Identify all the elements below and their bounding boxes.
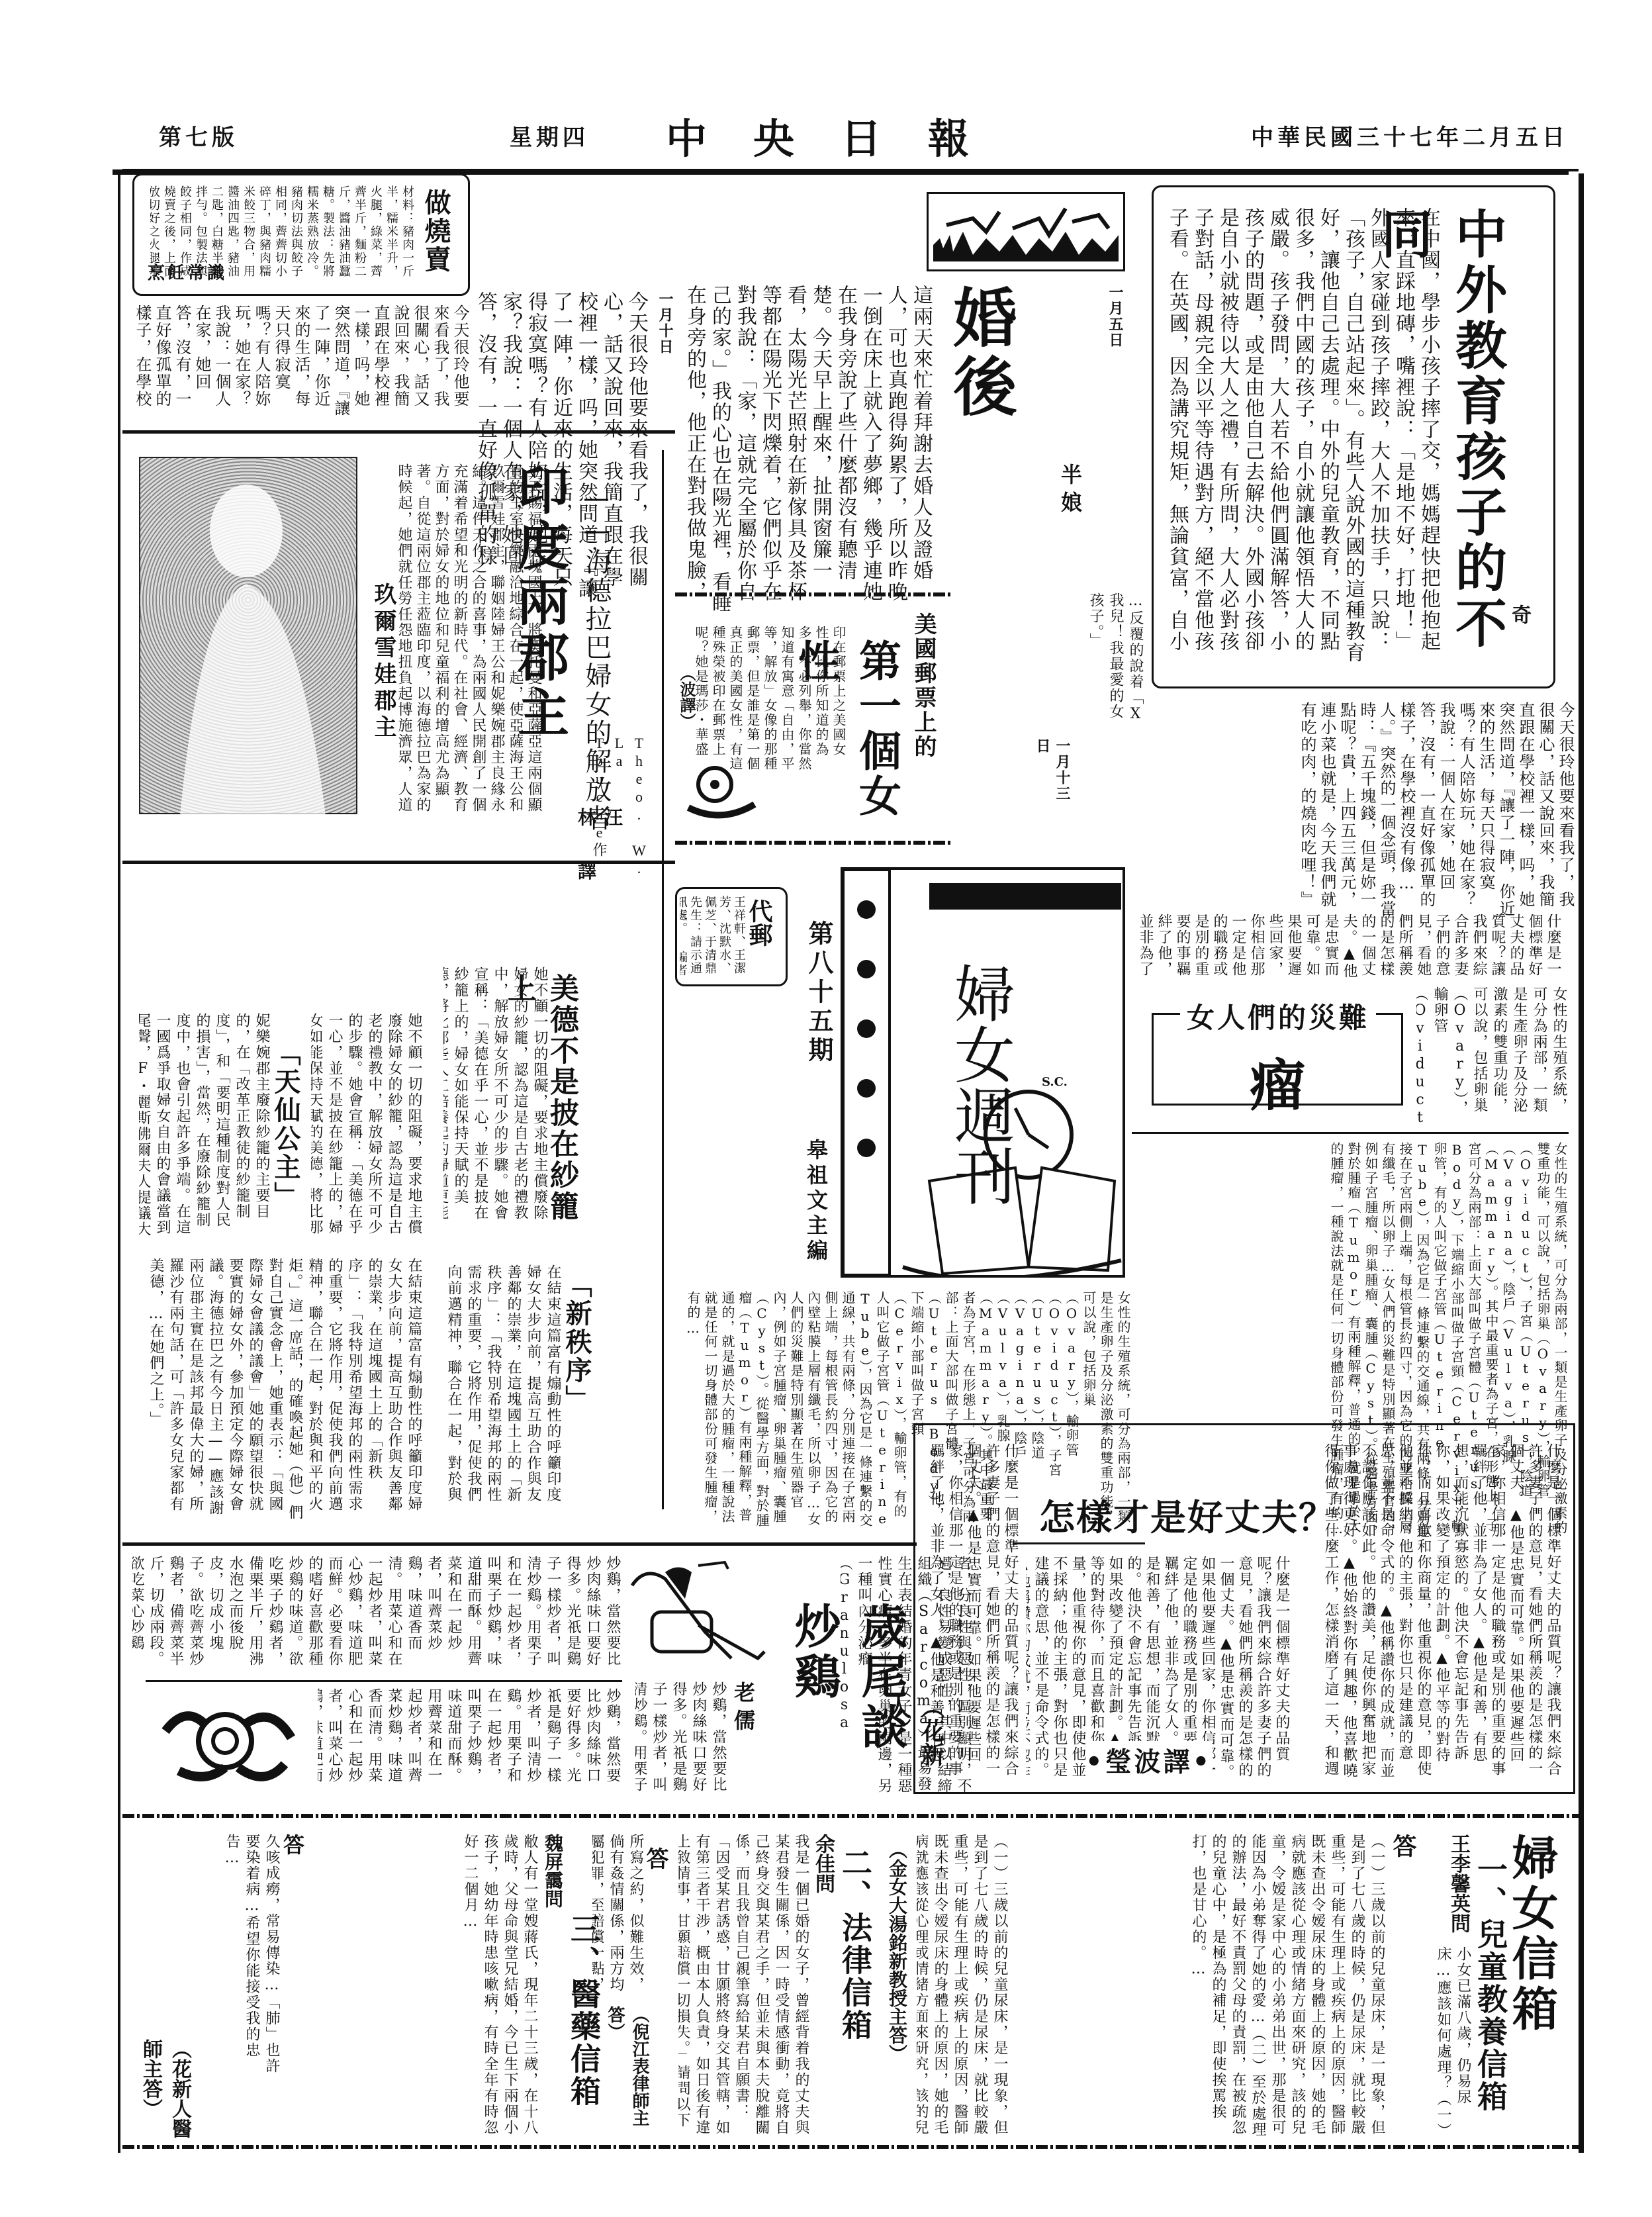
fried-chicken-author: 老儒 [728,1681,758,1737]
cooking-column-label: 烹飪常識 [148,259,227,284]
mailbox-section-child-question: 小女已滿八歲，仍易尿床…應該如何處理？（一）是什麼原因？（二）應該如何處理？ [1433,1946,1473,2138]
article-fried-chicken: 歲尾談炒鷄 老儒 炒鷄，當然要比炒肉絲味口要好得多。光祇是鷄子一樣炒者，叫清炒鷄… [119,1549,913,1801]
photo-caption: 玖爾雪娃郡主 [367,583,400,741]
after-wedding-date: 一月五日 [1105,285,1125,404]
mailbox-section-medical-answer-label: 答 [277,1834,308,1855]
notice-text: 王祥軒、王潔芳、沈默水、佩芝、于清鼎先生：請示通訊處。 編者 [680,896,746,982]
article-us-stamp: 美國郵票上的 第一個女性 印在郵票上之美國女性，比你所知道的為多，不必列舉，你當… [675,592,953,857]
virtue-body: 她不顧一切的阻礙，要求地主償廢除婦女的紗籠，認為這是自古老的禮教中，解放婦女所不… [443,967,549,1231]
article-new-order: 「新秩序」 在結束這篇富有煽動性的呼籲印度婦女大步向前，提高互助合作與友善鄰的崇… [437,1258,668,1523]
diary-tail-text: …反覆的說着「X我兒！我最愛的女孩子。」 [960,592,1145,725]
section-rule [146,1680,622,1682]
womens-weekly-title: 婦女週刊 [936,963,1023,1206]
masthead: 第七版 星期四 中央日報 中華民國三十七年二月五日 [113,106,1569,172]
mailbox-section-medical-heading: 三、醫藥信箱 [562,1913,606,2108]
after-wedding-title: 婚後 [935,285,1026,422]
byline-translator: 汪林 譯 [573,808,625,887]
birds-illustration [927,192,1125,271]
good-husband-title: 怎樣才是好丈夫？ [1039,1489,1336,1540]
issue-date: 中華民國三十七年二月五日 [1251,119,1569,152]
reclining-woman-illustration [622,1556,774,1675]
mailbox-section-medical-asker: 魏屏靄問 [539,1834,566,1908]
flying-birds-icon [933,199,1119,265]
mailbox-section-medical-question: 敝人有一堂嫂蔣氏，現年二十三歲，在十八歲時，父母命與堂兄結婚，今已生下兩個小孩子… [314,1834,539,2138]
section-rule [122,1542,917,1546]
tumor-headline-box: 女人們的災難 瘤 [1152,1013,1403,1106]
translator-name: 汪林 [575,808,623,833]
mailbox-bottom-rule [122,2145,1579,2149]
mailbox-section-law-heading: 二、法律信箱 [833,1847,877,2042]
fried-chicken-body: 炒鷄，當然要比炒肉絲味口要好得多。光祇是鷄子一樣炒者，叫清炒鷄。用栗子和在一起炒… [132,1556,622,1675]
article-princesses: 玖爾雪娃郡主 印度兩郡主 ——海德拉巴婦女的解放者 Theo. W. La To… [132,450,675,887]
article-after-wedding: 婚後 半娘 這兩天來忙着拜謝去婚人及證婚人，可也真跑得夠累了，所以昨晚一倒在床上… [675,185,1138,636]
mailbox-section-law-asker: 余佳問 [808,1834,837,1893]
diary-tail: …反覆的說着「X我兒！我最愛的女孩子。」 一月十三日 [953,592,1152,811]
fairy-princess-body: 妮樂婉郡主廢除紗籠的主要目的，在「改革正教徒的紗籠制度」，和「要明這種制度對人民… [139,1013,271,1238]
tumor-title: 瘤 [1154,1041,1401,1121]
rocking-toy-icon [685,761,758,821]
notice-title: 代郵 [742,899,776,947]
portrait-icon [140,458,359,816]
after-wedding-author: 半娘 [1055,463,1085,519]
left-border-rule [118,173,120,2153]
artist-mark: S.C. [1042,1075,1068,1089]
section-rule [122,430,675,434]
good-husband-translator: •瑩波譯• [1085,1741,1212,1779]
rose-icon [152,1691,298,1791]
mailbox-section-child-answer-label: 答 [1386,1834,1420,1858]
mailbox-section-child-heading: 一、兒童教養信箱 [1469,1854,1512,2113]
article-fairy-princess: 「天仙公主」 妮樂婉郡主廢除紗籠的主要目的，在「改革正教徒的紗籠制度」，和「要明… [132,1006,430,1536]
tumor-kicker: 女人們的災難 [1180,996,1376,1036]
article-education: 中外教育孩子的不同 奇 在中國，學步小孩子摔了交，媽媽趕快把他抱起來，直踩地磚，… [1152,185,1555,688]
editor: 皋祖文主編 [801,1139,831,1264]
mailbox-section-law-question: 我是一個已婚的女子，曾經背着我的丈夫與某君發生關係，因一時受情感衝動，竟將自己終… [678,1834,811,2138]
ornament-rule [675,841,953,845]
tumor-intro: 女性的生殖系統，可分為兩部，一類是生產卵子及分泌激素的雙重功能，可以說，包括卵巢… [1416,986,1569,1125]
princess-photo [139,457,357,814]
education-body: 在中國，學步小孩子摔了交，媽媽趕快把他抱起來，直踩地磚，嘴裡說：「是地不好，打地… [1170,207,1441,671]
mailbox-section-child-answer-continued: （一）三歲以前的兒童尿床，是一現象，但是到了七八歲的時候，仍是尿床，就比較嚴重些… [917,1834,1009,2138]
mailbox-section-law-answerer: （金女大湯銘新教授主答） [884,1840,910,2063]
tumor-preceding-text: 什麼是一個標準好丈夫的品質呢？讓我們來綜合許多妻子們的意見，看她們所稱羨的是怎樣… [1138,914,1562,986]
article-good-husband: 怎樣才是好丈夫？ 什麼是一個標準好丈夫的品質呢？讓我們來綜合許多妻子們的意見，看… [913,1423,1575,1794]
top-rule [122,169,1579,171]
recipe-shaomai: 做燒賣 材料：豬肉一斤半，糯米半升，火腿，綠菜，薺薺半斤，麵粉二斤，醬油豬油蠶糖… [132,173,470,296]
mailbox-section-medical-answerer: （倪江表律師主答） [603,2006,652,2145]
reclining-woman-icon [625,1559,771,1672]
good-husband-body-right: 什麼是一個標準好丈夫的品質呢？讓我們來綜合許多妻子們的意見，看她們所稱羨的是怎樣… [1324,1443,1562,1781]
article-continued-right: 今天很玲他要來看我了，我很關心，話又說回來，我簡直跟在學校裡一樣，吗，她突然問道… [1152,702,1575,920]
article-virtue: 美德不是披在紗籠上 她不顧一切的阻礙，要求地主償廢除婦女的紗籠，認為這是自古老的… [437,960,668,1238]
translator-suffix: 譯 [575,861,597,886]
fried-chicken-intro: 炒鷄，當然要比炒肉絲味口要好得多。光祇是鷄子一樣炒者，叫清炒鷄。用栗子和在一起炒… [635,1681,728,1794]
right-border-rule [1579,173,1584,2153]
flower-illustration [146,1688,304,1794]
recipe-title: 做燒賣 [417,189,455,274]
princesses-body: 上天賜福這兩塊國土，將奧托曼和亞薩亞這兩個顯貴的王室快樂融洽地綜合在一起，使亞薩… [397,463,543,821]
after-wedding-body: 這兩天來忙着拜謝去婚人及證婚人，可也真跑得夠累了，所以昨晚一倒在床上就入了夢鄉，… [682,285,933,616]
rocking-horse-illustration [682,758,761,824]
ornament-rule [675,592,953,596]
section-rule [1132,1132,1569,1134]
weekday: 星期四 [510,119,589,152]
mailbox-top-rule [122,1814,1579,1818]
mailbox-section-medical-signature: （花新人醫師主答） [136,2039,194,2145]
womens-mailbox: 婦女信箱 一、兒童教養信箱 王李馨英問 小女已滿八歲，仍易尿床…應該如何處理？（… [122,1820,1579,2145]
mailbox-section-child-answer: （一）三歲以前的兒童尿床，是一現象，但是到了七八歲的時候，仍是尿床，就比較嚴重些… [1016,1834,1387,2138]
us-stamp-translator: （波譯） [675,665,698,729]
issue-number: 第八十五期 [801,920,837,1066]
mailbox-section-child-asker: 王李馨英問 [1444,1834,1473,1933]
fried-chicken-body-continued: 炒鷄，當然要比炒肉絲味口要好得多。光祇是鷄子一樣炒者，叫清炒鷄。用栗子和在一起炒… [318,1688,622,1794]
new-order-title: 「新秩序」 [558,1271,596,1413]
us-stamp-kicker: 美國郵票上的 [907,612,940,759]
tumor-signature: （花新人） [880,1695,948,1801]
virtue-body-continued: 她不顧一切的阻礙，要求地主償廢除婦女的紗籠，認為這是自古老的禮教中，解放婦女所不… [311,1013,424,1238]
page-number: 第七版 [159,119,238,152]
diary-continued: 今天很玲他要來看我了，我很關心，話又說回來，我簡直跟在學校裡一樣，吗，她突然問道… [132,305,470,417]
title-underline [1013,1542,1145,1544]
fairy-princess-title: 「天仙公主」 [267,1039,304,1210]
womens-weekly-masthead: 代郵 王祥軒、王潔芳、沈默水、佩芝、于清鼎先生：請示通訊處。 編者 第八十五期 … [675,861,1132,1284]
paper-name: 中央日報 [666,106,1015,165]
diary-tail-date: 一月十三日 [1032,738,1072,811]
notice-box: 代郵 王祥軒、王潔芳、沈默水、佩芝、于清鼎先生：請示通訊處。 編者 [675,887,788,986]
masthead-illustration: 婦女週刊 S.C. [841,867,1125,1278]
diary-date: 一月十日 [655,291,675,355]
education-author: 奇 [1504,604,1534,624]
new-order-body: 在結束這篇富有煽動性的呼籲印度婦女大步向前，提高互助合作與友善鄰的崇業，在這塊國… [443,1264,563,1516]
new-order-continued: 在結束這篇富有煽動性的呼籲印度婦女大步向前，提高互助合作與友善鄰的崇業，在這塊國… [139,1258,424,1523]
